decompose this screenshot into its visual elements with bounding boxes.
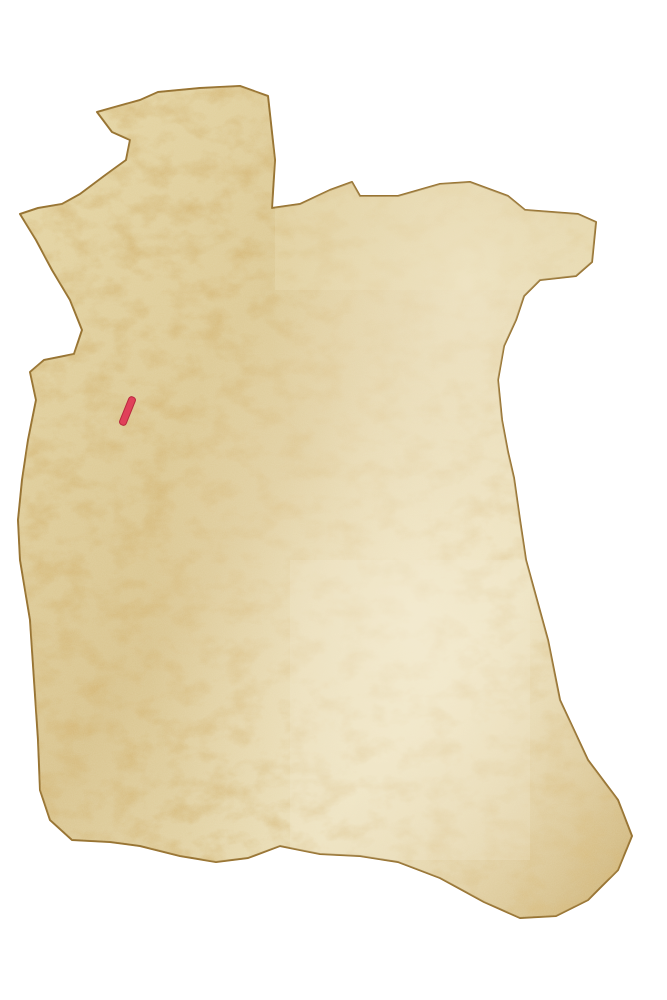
leather-hide-photo <box>0 0 667 1000</box>
